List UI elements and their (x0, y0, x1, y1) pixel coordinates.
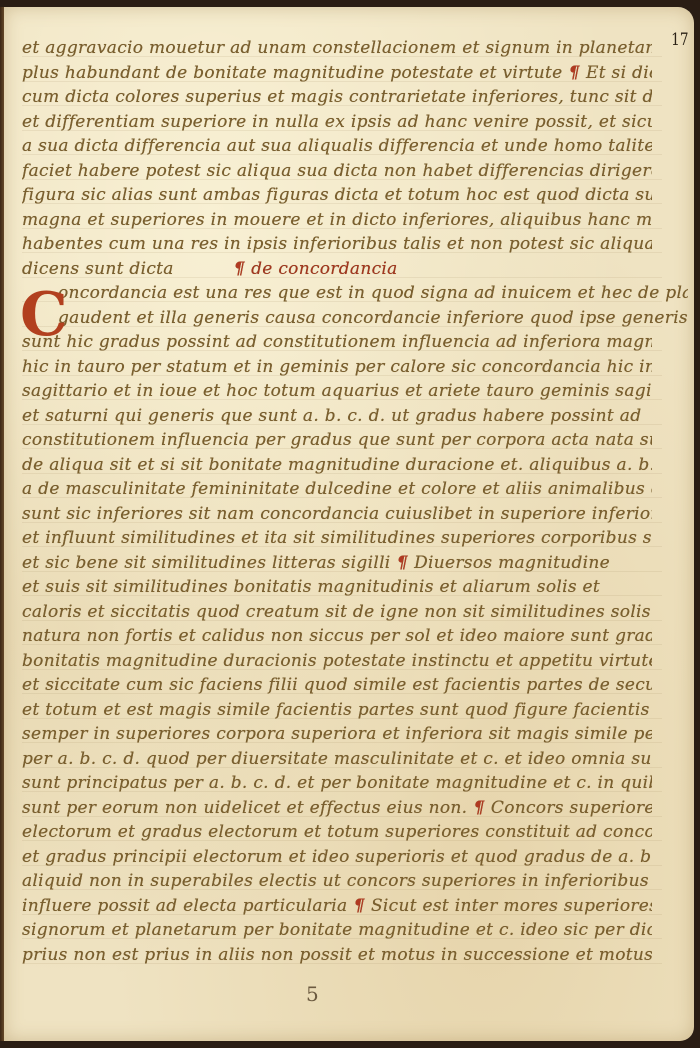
line-text: et influunt similitudines et ita sit sim… (22, 528, 652, 548)
line-text: et sic bene sit similitudines litteras s… (22, 553, 391, 573)
decorated-initial: C (20, 287, 54, 343)
manuscript-line: signorum et planetarum per bonitate magn… (22, 920, 652, 942)
line-text: et aggravacio mouetur ad unam constellac… (22, 38, 652, 58)
line-text: sunt principatus per a. b. c. d. et per … (22, 773, 652, 793)
manuscript-line: constitutionem influencia per gradus que… (22, 430, 652, 452)
line-text: a sua dicta differencia aut sua aliquali… (22, 136, 652, 156)
manuscript-line: dicens sunt dicta¶ de concordancia (22, 259, 652, 281)
line-text: et suis sit similitudines bonitatis magn… (22, 577, 600, 597)
line-text: de aliqua sit et si sit bonitate magnitu… (22, 455, 652, 475)
line-text: signorum et planetarum per bonitate magn… (22, 920, 652, 940)
manuscript-line: prius non est prius in aliis non possit … (22, 945, 652, 967)
manuscript-line: per a. b. c. d. quod per diuersitate mas… (22, 749, 652, 771)
manuscript-line: plus habundant de bonitate magnitudine p… (22, 63, 652, 85)
line-text: Sicut est inter mores superiores in grad… (371, 896, 652, 916)
manuscript-line: hic in tauro per statum et in geminis pe… (22, 357, 652, 379)
manuscript-line: et saturni qui generis que sunt a. b. c.… (22, 406, 652, 428)
line-text: a de masculinitate femininitate dulcedin… (22, 479, 652, 499)
manuscript-line: et differentiam superiore in nulla ex ip… (22, 112, 652, 134)
line-text: et totum et est magis simile facientis p… (22, 700, 652, 720)
line-text: faciet habere potest sic aliqua sua dict… (22, 161, 652, 181)
manuscript-line: natura non fortis et calidus non siccus … (22, 626, 652, 648)
manuscript-line: faciet habere potest sic aliqua sua dict… (22, 161, 652, 183)
manuscript-line: et totum et est magis simile facientis p… (22, 700, 652, 722)
line-text: hic in tauro per statum et in geminis pe… (22, 357, 652, 377)
manuscript-line: figura sic alias sunt ambas figuras dict… (22, 185, 652, 207)
line-text: et saturni qui generis que sunt a. b. c.… (22, 406, 641, 426)
manuscript-line: influere possit ad electa particularia ¶… (22, 896, 652, 918)
line-text: et gradus principii electorum et ideo su… (22, 847, 652, 867)
line-text: gaudent et illa generis causa concordanc… (58, 308, 688, 328)
line-text: oncordancia est una res que est in quod … (58, 283, 688, 303)
manuscript-line: caloris et siccitatis quod creatum sit d… (22, 602, 652, 624)
manuscript-line: et gradus principii electorum et ideo su… (22, 847, 652, 869)
line-text: prius non est prius in aliis non possit … (22, 945, 652, 965)
manuscript-line: et influunt similitudines et ita sit sim… (22, 528, 652, 550)
rubric-heading: ¶ de concordancia (234, 259, 398, 279)
paraph-mark-icon: ¶ (234, 259, 251, 279)
line-text: cum dicta colores superius et magis cont… (22, 87, 652, 107)
line-text: bonitatis magnitudine duracionis potesta… (22, 651, 652, 671)
folio-number: 17 (671, 30, 688, 50)
manuscript-line: magna et superiores in mouere et in dict… (22, 210, 652, 232)
manuscript-line: aliquid non in superabiles electis ut co… (22, 871, 652, 893)
manuscript-line: et sic bene sit similitudines litteras s… (22, 553, 652, 575)
manuscript-line: et siccitate cum sic faciens filii quod … (22, 675, 652, 697)
manuscript-line: habentes cum una res in ipsis inferiorib… (22, 234, 652, 256)
paraph-mark-icon: ¶ (467, 798, 491, 818)
line-text: electorum et gradus electorum et totum s… (22, 822, 652, 842)
manuscript-line: bonitatis magnitudine duracionis potesta… (22, 651, 652, 673)
line-text: sunt per eorum non uidelicet et effectus… (22, 798, 467, 818)
line-text: Diuersos magnitudine (414, 553, 610, 573)
manuscript-line: gaudent et illa generis causa concordanc… (58, 308, 688, 330)
manuscript-line: sunt principatus per a. b. c. d. et per … (22, 773, 652, 795)
line-text: habentes cum una res in ipsis inferiorib… (22, 234, 652, 254)
line-text: constitutionem influencia per gradus que… (22, 430, 652, 450)
line-text: plus habundant de bonitate magnitudine p… (22, 63, 562, 83)
line-text: per a. b. c. d. quod per diuersitate mas… (22, 749, 652, 769)
manuscript-line: oncordancia est una res que est in quod … (58, 283, 688, 305)
manuscript-line: semper in superiores corpora superiora e… (22, 724, 652, 746)
line-text: figura sic alias sunt ambas figuras dict… (22, 185, 652, 205)
manuscript-line: sagittario et in ioue et hoc totum aquar… (22, 381, 652, 403)
manuscript-line: cum dicta colores superius et magis cont… (22, 87, 652, 109)
manuscript-line: et suis sit similitudines bonitatis magn… (22, 577, 652, 599)
line-text: influere possit ad electa particularia (22, 896, 347, 916)
catchword: 5 (306, 982, 319, 1006)
manuscript-line: sunt hic gradus possint ad constitutione… (22, 332, 652, 354)
manuscript-line: a sua dicta differencia aut sua aliquali… (22, 136, 652, 158)
manuscript-line: a de masculinitate femininitate dulcedin… (22, 479, 652, 501)
manuscript-line: sunt sic inferiores sit nam concordancia… (22, 504, 652, 526)
line-text: sunt hic gradus possint ad constitutione… (22, 332, 652, 352)
manuscript-line: de aliqua sit et si sit bonitate magnitu… (22, 455, 652, 477)
line-text: et siccitate cum sic faciens filii quod … (22, 675, 652, 695)
line-text: sagittario et in ioue et hoc totum aquar… (22, 381, 652, 401)
line-text: sunt sic inferiores sit nam concordancia… (22, 504, 652, 524)
line-text: Et si dicimus superiore (586, 63, 652, 83)
line-text: caloris et siccitatis quod creatum sit d… (22, 602, 652, 622)
paraph-mark-icon: ¶ (562, 63, 586, 83)
line-text: aliquid non in superabiles electis ut co… (22, 871, 652, 891)
paraph-mark-icon: ¶ (391, 553, 415, 573)
line-text: Concors superiores et suas gradus (491, 798, 652, 818)
line-text: magna et superiores in mouere et in dict… (22, 210, 652, 230)
line-text: et differentiam superiore in nulla ex ip… (22, 112, 652, 132)
manuscript-line: electorum et gradus electorum et totum s… (22, 822, 652, 844)
manuscript-line: et aggravacio mouetur ad unam constellac… (22, 38, 652, 60)
manuscript-line: sunt per eorum non uidelicet et effectus… (22, 798, 652, 820)
paraph-mark-icon: ¶ (347, 896, 371, 916)
line-text: dicens sunt dicta (22, 259, 174, 279)
line-text: natura non fortis et calidus non siccus … (22, 626, 652, 646)
rubric-heading-text: de concordancia (251, 259, 398, 279)
line-text: semper in superiores corpora superiora e… (22, 724, 652, 744)
